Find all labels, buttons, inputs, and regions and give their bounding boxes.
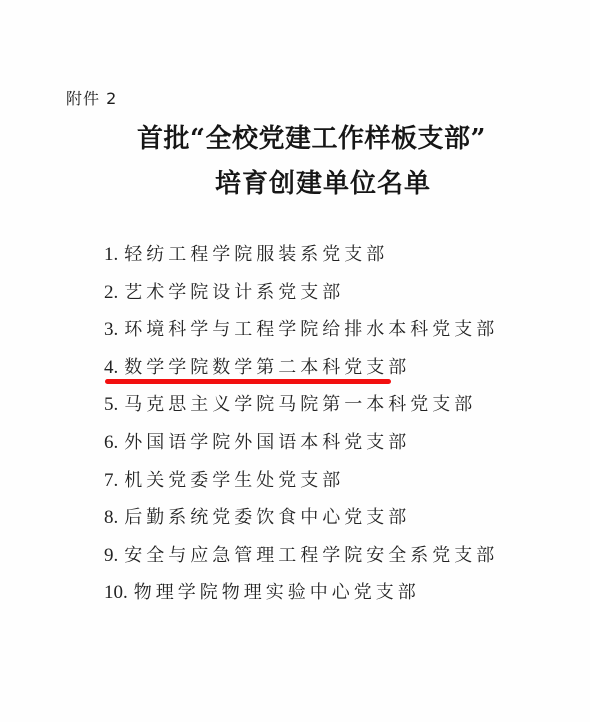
list-item-text: 机关党委学生处党支部 <box>124 470 344 491</box>
list-item-text: 数学学院数学第二本科党支部 <box>124 357 410 378</box>
list-item-number: 8. <box>104 503 118 533</box>
list-item-number: 6. <box>104 428 118 458</box>
branch-list: 1.轻纺工程学院服装系党支部 2.艺术学院设计系党支部 3.环境科学与工程学院给… <box>104 240 498 616</box>
list-item-text: 轻纺工程学院服装系党支部 <box>124 244 388 265</box>
list-item: 8.后勤系统党委饮食中心党支部 <box>104 503 498 541</box>
list-item: 9.安全与应急管理工程学院安全系党支部 <box>104 541 498 579</box>
list-item: 10.物理学院物理实验中心党支部 <box>104 578 498 616</box>
list-item: 7.机关党委学生处党支部 <box>104 466 498 504</box>
list-item: 1.轻纺工程学院服装系党支部 <box>104 240 498 278</box>
list-item: 5.马克思主义学院马院第一本科党支部 <box>104 390 498 428</box>
list-item-text: 后勤系统党委饮食中心党支部 <box>124 507 410 528</box>
document-title-line-2: 培育创建单位名单 <box>215 163 431 200</box>
list-item-text: 物理学院物理实验中心党支部 <box>134 582 420 603</box>
list-item-text: 安全与应急管理工程学院安全系党支部 <box>124 545 498 566</box>
list-item-number: 5. <box>104 390 118 420</box>
list-item-highlighted: 4.数学学院数学第二本科党支部 <box>104 353 498 391</box>
list-item-number: 9. <box>104 541 118 571</box>
list-item-number: 3. <box>104 315 118 345</box>
list-item-text: 马克思主义学院马院第一本科党支部 <box>124 394 476 415</box>
list-item: 3.环境科学与工程学院给排水本科党支部 <box>104 315 498 353</box>
list-item-number: 10. <box>104 578 128 608</box>
list-item-number: 7. <box>104 466 118 496</box>
list-item: 2.艺术学院设计系党支部 <box>104 278 498 316</box>
list-item-text: 艺术学院设计系党支部 <box>124 282 344 303</box>
document-page: 附件 2 首批“全校党建工作样板支部” 培育创建单位名单 1.轻纺工程学院服装系… <box>0 0 590 722</box>
list-item-text: 环境科学与工程学院给排水本科党支部 <box>124 319 498 340</box>
document-title-line-1: 首批“全校党建工作样板支部” <box>137 118 486 155</box>
list-item-number: 1. <box>104 240 118 270</box>
list-item: 6.外国语学院外国语本科党支部 <box>104 428 498 466</box>
attachment-label: 附件 2 <box>66 86 117 109</box>
red-highlight-underline <box>105 379 391 384</box>
list-item-number: 2. <box>104 278 118 308</box>
list-item-text: 外国语学院外国语本科党支部 <box>124 432 410 453</box>
